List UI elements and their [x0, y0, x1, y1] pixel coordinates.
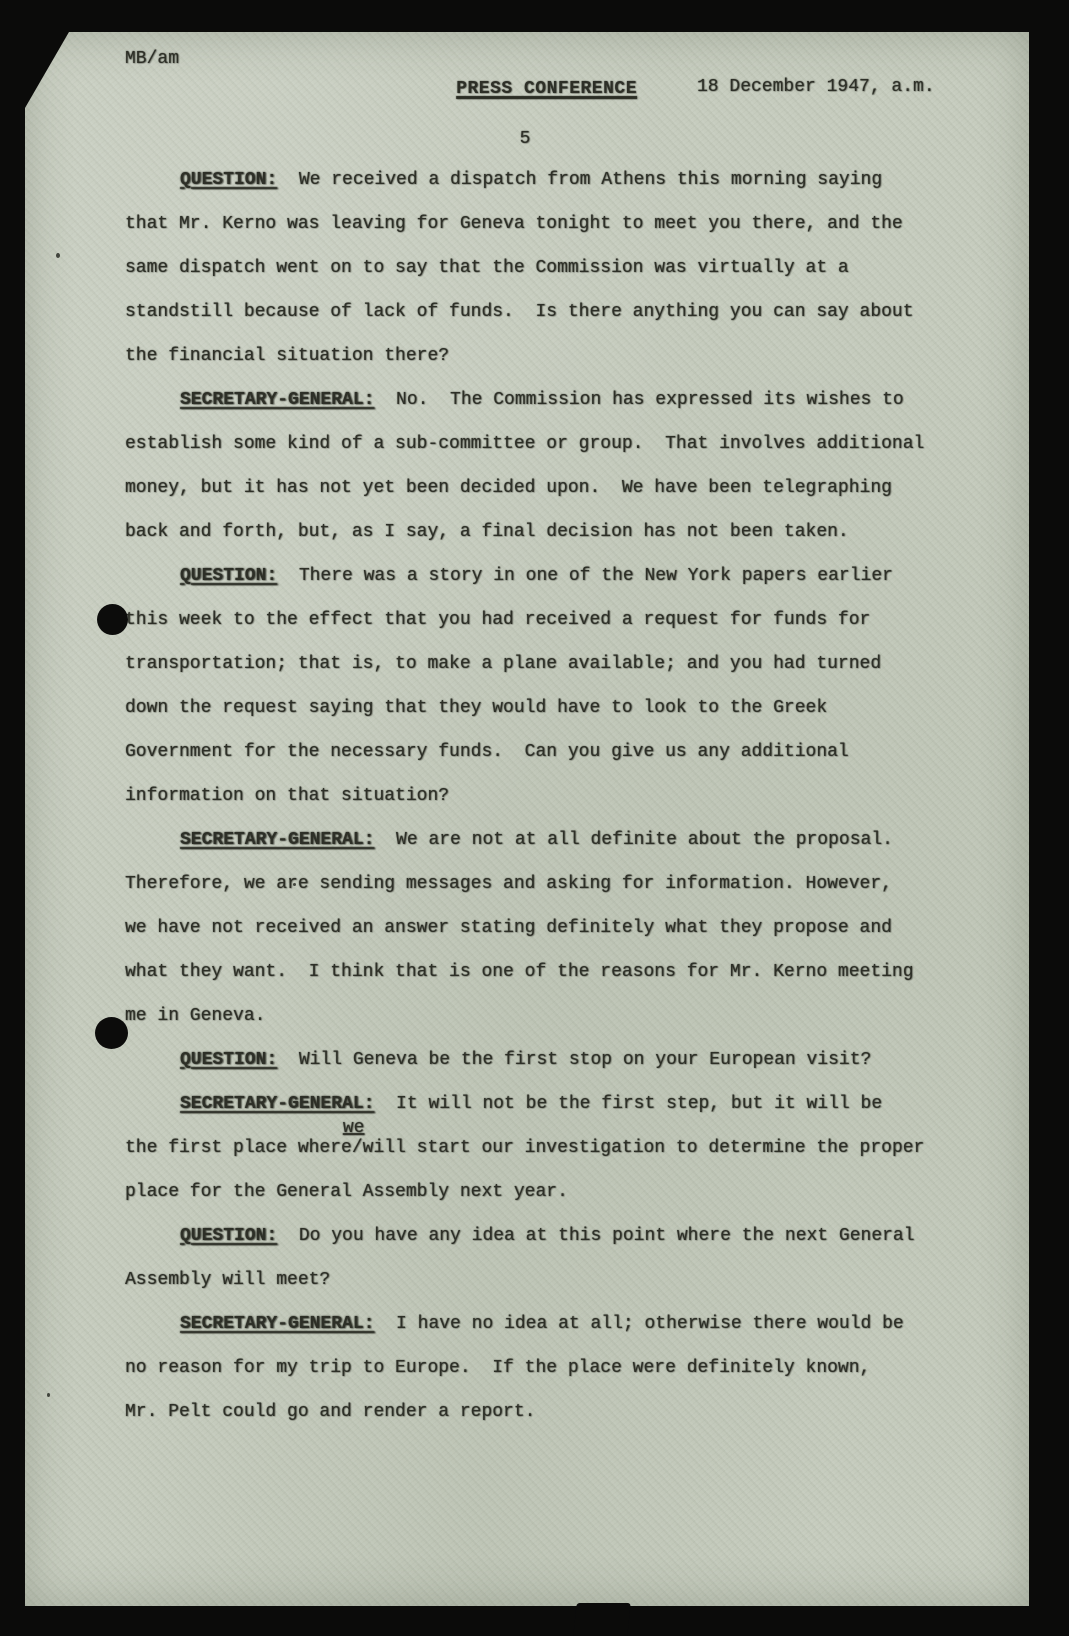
text-line: Mr. Pelt could go and render a report. — [125, 1390, 924, 1434]
text-line: information on that situation? — [125, 774, 924, 818]
paragraph: SECRETARY-GENERAL: We are not at all def… — [125, 818, 924, 1038]
punch-hole — [95, 1017, 128, 1049]
document-title: PRESS CONFERENCE — [456, 79, 637, 99]
text-line: the financial situation there? — [125, 334, 924, 378]
speaker-label: QUESTION: — [180, 566, 277, 586]
text-line: QUESTION: Will Geneva be the first stop … — [125, 1038, 924, 1082]
text-line: QUESTION: Do you have any idea at this p… — [125, 1214, 924, 1258]
typist-reference: MB/am — [125, 48, 179, 70]
text-line: transportation; that is, to make a plane… — [125, 642, 924, 686]
page-number: 5 — [355, 127, 695, 152]
text-line: Assembly will meet? — [125, 1258, 924, 1302]
document-date: 18 December 1947, a.m. — [697, 76, 935, 98]
paper-speck — [293, 883, 296, 886]
insertion-slash: we/ — [352, 1138, 363, 1158]
text-line: the first place wherewe/will start our i… — [125, 1126, 924, 1170]
text-line: money, but it has not yet been decided u… — [125, 466, 924, 510]
speaker-label: QUESTION: — [180, 170, 277, 190]
speaker-label: QUESTION: — [180, 1226, 277, 1246]
text-line: SECRETARY-GENERAL: No. The Commission ha… — [125, 378, 924, 422]
text-line: standstill because of lack of funds. Is … — [125, 290, 924, 334]
text-line: SECRETARY-GENERAL: I have no idea at all… — [125, 1302, 924, 1346]
text-line: that Mr. Kerno was leaving for Geneva to… — [125, 202, 924, 246]
text-line: QUESTION: We received a dispatch from At… — [125, 158, 924, 202]
text-line: place for the General Assembly next year… — [125, 1170, 924, 1214]
paragraph: SECRETARY-GENERAL: I have no idea at all… — [125, 1302, 924, 1434]
text-line: what they want. I think that is one of t… — [125, 950, 924, 994]
scan-artifact — [573, 1603, 630, 1636]
speaker-label: QUESTION: — [180, 1050, 277, 1070]
paragraph: SECRETARY-GENERAL: It will not be the fi… — [125, 1082, 924, 1214]
text-line: down the request saying that they would … — [125, 686, 924, 730]
text-line: back and forth, but, as I say, a final d… — [125, 510, 924, 554]
paper-speck — [56, 253, 60, 258]
text-line: we have not received an answer stating d… — [125, 906, 924, 950]
text-line: SECRETARY-GENERAL: It will not be the fi… — [125, 1082, 924, 1126]
text-line: Government for the necessary funds. Can … — [125, 730, 924, 774]
paper-speck — [47, 1393, 50, 1397]
text-line: SECRETARY-GENERAL: We are not at all def… — [125, 818, 924, 862]
punch-hole — [97, 604, 128, 635]
document-body: QUESTION: We received a dispatch from At… — [125, 158, 924, 1434]
text-line: Therefore, we are sending messages and a… — [125, 862, 924, 906]
document-page: MB/am PRESS CONFERENCE 5 18 December 194… — [25, 32, 1029, 1606]
text-line: establish some kind of a sub-committee o… — [125, 422, 924, 466]
text-line: QUESTION: There was a story in one of th… — [125, 554, 924, 598]
paragraph: QUESTION: Will Geneva be the first stop … — [125, 1038, 924, 1082]
speaker-label: SECRETARY-GENERAL: — [180, 1094, 374, 1114]
paragraph: QUESTION: We received a dispatch from At… — [125, 158, 924, 378]
paragraph: QUESTION: There was a story in one of th… — [125, 554, 924, 818]
speaker-label: SECRETARY-GENERAL: — [180, 390, 374, 410]
paper-crease — [405, 1617, 1045, 1621]
speaker-label: SECRETARY-GENERAL: — [180, 1314, 374, 1334]
scan-background: { "page": { "backing_color": "#0b0b0a", … — [0, 0, 1069, 1636]
inserted-word-above-line: we — [343, 1119, 365, 1137]
text-line: me in Geneva. — [125, 994, 924, 1038]
text-line: no reason for my trip to Europe. If the … — [125, 1346, 924, 1390]
speaker-label: SECRETARY-GENERAL: — [180, 830, 374, 850]
paragraph: SECRETARY-GENERAL: No. The Commission ha… — [125, 378, 924, 554]
text-line: this week to the effect that you had rec… — [125, 598, 924, 642]
text-line: same dispatch went on to say that the Co… — [125, 246, 924, 290]
paragraph: QUESTION: Do you have any idea at this p… — [125, 1214, 924, 1302]
